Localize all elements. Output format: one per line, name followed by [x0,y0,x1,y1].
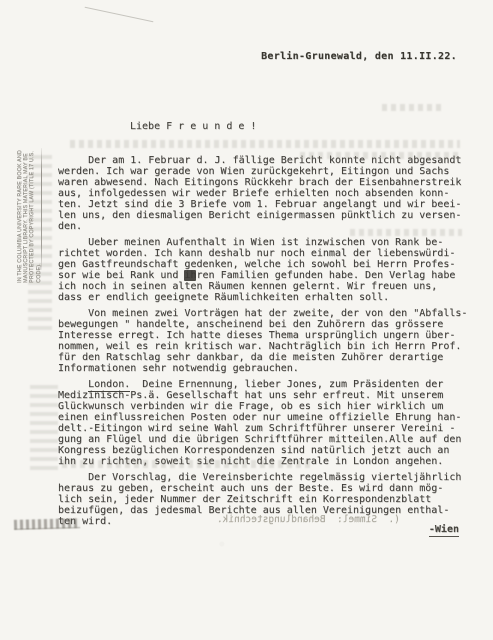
bleed-through-smudge [30,380,58,470]
bleed-through-smudge [382,104,444,111]
bleed-through-smudge [28,150,52,330]
paragraph-report-delay: Der am 1. Februar d. J. fällige Bericht … [58,155,470,232]
bleed-through-smudge [70,140,460,148]
letter-body: Der am 1. Februar d. J. fällige Bericht … [58,155,470,532]
bleed-through-smudge [300,152,460,159]
scan-scratch-mark [85,7,154,23]
bleed-through-mirrored-text: (. Simmel: Behandlungstechnik. [195,514,400,525]
paragraph-lectures: Von meinen zwei Vorträgen hat der zweite… [58,308,470,374]
scanned-letter-page: IN THE COLUMBIA UNIVERSITY RARE BOOK AND… [0,0,493,640]
paragraph-vienna-visit: Ueber meinen Aufenthalt in Wien ist inzw… [58,237,470,303]
bleed-through-smudge [62,460,312,468]
bottom-left-smudge [14,518,80,530]
bleed-through-smudge [350,229,462,236]
paragraph-london-indent [58,379,88,390]
paragraph-london-text: Deine Ernennung, lieber Jones, zum Präsi… [58,379,461,467]
dateline: Berlin-Grunewald, den 11.II.22. [261,51,457,62]
paragraph-london: London. Deine Ernennung, lieber Jones, z… [58,379,470,467]
overstrike-blot: ih [184,270,196,281]
signature-wien: -Wien [429,524,459,537]
salutation: Liebe F r e u n d e ! [130,121,256,132]
